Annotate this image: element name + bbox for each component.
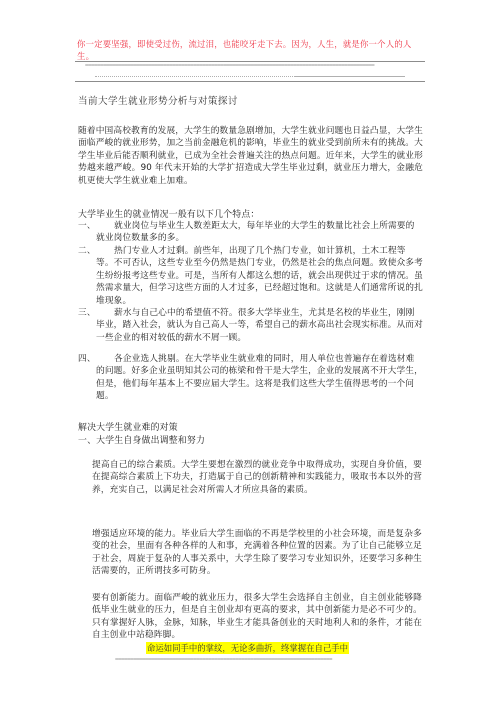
header-dotted-line: [95, 76, 295, 77]
feature-number: 二、: [78, 245, 96, 257]
feature-number: 四、: [78, 353, 96, 365]
feature-number: 三、: [78, 307, 96, 319]
feature-item-1: 一、 就业岗位与毕业生人数差距太大，每年毕业的大学生的数量比社会上所需要的就业岗…: [78, 220, 423, 245]
feature-text: 就业岗位与毕业生人数差距太大，每年毕业的大学生的数量比社会上所需要的就业岗位数量…: [78, 220, 423, 245]
header-short-line: [295, 76, 405, 77]
header-rule-bottom: [75, 81, 425, 82]
header-motto: 你一定要坚强，即使受过伤，流过泪，也能咬牙走下去。因为，人生，就是你一个人的人生…: [77, 38, 422, 62]
solution-paragraph-3: 要有创新能力。面临严峻的就业压力，很多大学生会选择自主创业，自主创业能够降低毕业…: [92, 592, 422, 642]
solutions-heading: 解决大学生就业难的对策: [78, 420, 178, 433]
features-heading: 大学毕业生的就业情况一般有以下几个特点：: [78, 207, 260, 220]
feature-text: 热门专业人才过剩。前些年，出现了几个热门专业，如计算机，土木工程等等。不可否认，…: [78, 245, 423, 307]
intro-paragraph: 随着中国高校教育的发展，大学生的数量急剧增加，大学生就业问题也日益凸显，大学生面…: [78, 125, 423, 187]
feature-text: 各企业选人挑剔。在大学毕业生就业难的同时，用人单位也普遍存在着选材难的问题。好多…: [78, 353, 423, 403]
document-title: 当前大学生就业形势分析与对策探讨: [78, 93, 238, 107]
feature-item-2: 二、 热门专业人才过剩。前些年，出现了几个热门专业，如计算机，土木工程等等。不可…: [78, 245, 423, 307]
footer-equals-separator: ========================================…: [115, 656, 388, 664]
solution-paragraph-2: 增强适应环境的能力。毕业后大学生面临的不再是学校里的小社会环境，而是复杂多变的社…: [92, 528, 422, 578]
feature-text: 薪水与自己心中的希望值不符。很多大学毕业生，尤其是名校的毕业生，刚刚毕业，踏入社…: [78, 307, 423, 344]
solutions-subheading: 一、大学生自身做出调整和努力: [78, 433, 205, 446]
footer-motto: 命运如同手中的掌纹，无论多曲折，终掌握在自己手中: [146, 642, 349, 654]
feature-item-4: 四、 各企业选人挑剔。在大学毕业生就业难的同时，用人单位也普遍存在着选材难的问题…: [78, 353, 423, 403]
document-page: 你一定要坚强，即使受过伤，流过泪，也能咬牙走下去。因为，人生，就是你一个人的人生…: [0, 0, 500, 707]
feature-item-3: 三、 薪水与自己心中的希望值不符。很多大学毕业生，尤其是名校的毕业生，刚刚毕业，…: [78, 307, 423, 344]
header-equals-separator: ========================================…: [85, 62, 418, 70]
feature-number: 一、: [78, 220, 96, 232]
solution-paragraph-1: 提高自己的综合素质。大学生要想在激烈的就业竞争中取得成功，实现自身价值，要在提高…: [92, 459, 422, 496]
